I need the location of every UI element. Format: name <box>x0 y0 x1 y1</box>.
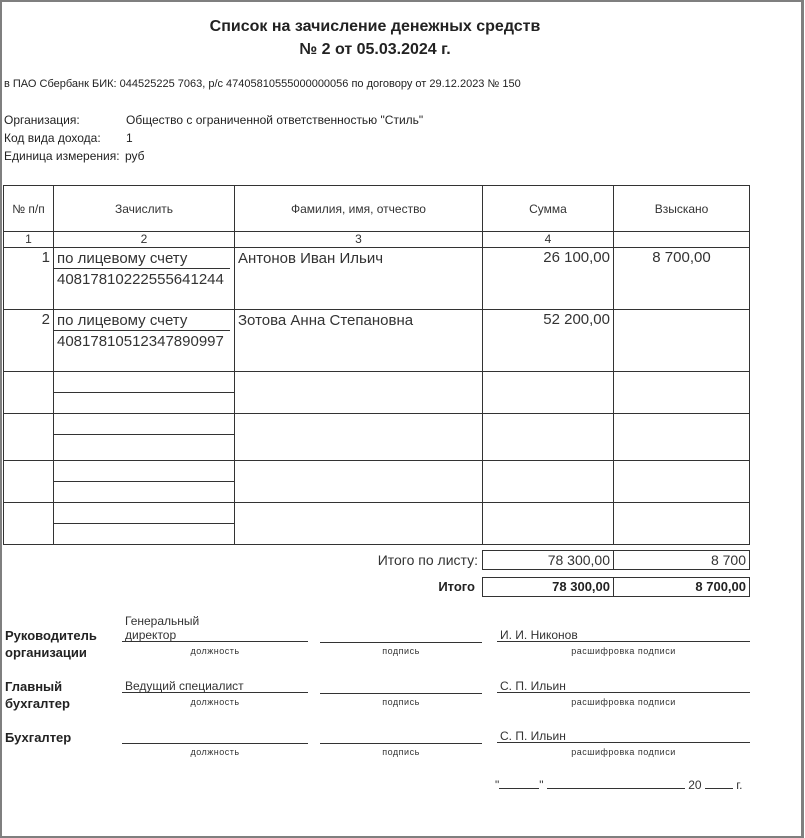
signature-field[interactable] <box>320 628 482 643</box>
column-number: 3 <box>235 232 483 248</box>
caption-decode: расшифровка подписи <box>497 646 750 656</box>
empty-cell <box>614 461 750 503</box>
page-total-sum: 78 300,00 <box>482 550 614 570</box>
header-credit: Зачислить <box>54 186 235 232</box>
position-line-1: Генеральный <box>125 614 199 628</box>
header-sum: Сумма <box>483 186 614 232</box>
role-line: организации <box>5 644 97 661</box>
role-line: бухгалтер <box>5 695 70 712</box>
year-prefix: 20 <box>688 778 701 792</box>
empty-cell <box>4 372 54 414</box>
grand-total-sum: 78 300,00 <box>482 577 614 597</box>
field-label-unit: Единица измерения: <box>4 149 120 163</box>
empty-cell <box>4 461 54 503</box>
empty-cell <box>483 414 614 461</box>
empty-credit-cell <box>54 372 235 414</box>
empty-credit-cell <box>54 414 235 461</box>
caption-position: должность <box>122 697 308 707</box>
signer-role-chief-accountant: Главный бухгалтер <box>5 678 70 712</box>
signer-role-accountant: Бухгалтер <box>5 729 71 746</box>
empty-cell <box>483 461 614 503</box>
document-title: Список на зачисление денежных средств <box>0 18 750 36</box>
empty-row <box>4 414 750 461</box>
caption-decode: расшифровка подписи <box>497 697 750 707</box>
empty-credit-cell <box>54 461 235 503</box>
empty-cell <box>4 414 54 461</box>
quote-open: " <box>495 778 499 792</box>
position-field[interactable] <box>122 729 308 744</box>
signature-decode-field[interactable]: С. П. Ильин <box>497 729 750 743</box>
withheld-cell <box>614 310 750 372</box>
table-header-row: № п/п Зачислить Фамилия, имя, отчество С… <box>4 186 750 232</box>
empty-cell <box>235 372 483 414</box>
year-field[interactable] <box>705 788 733 789</box>
table-row: 1 по лицевому счету 40817810222555641244… <box>4 248 750 310</box>
page-total-label: Итого по листу: <box>378 552 478 568</box>
day-field[interactable] <box>499 788 539 789</box>
signature-decode-field[interactable]: И. И. Никонов <box>497 628 750 642</box>
position-field[interactable]: Ведущий специалист <box>122 679 308 693</box>
caption-signature: подпись <box>320 697 482 707</box>
column-number: 1 <box>4 232 54 248</box>
field-value-income-code: 1 <box>126 131 133 145</box>
fullname-cell: Зотова Анна Степановна <box>235 310 483 372</box>
position-field[interactable]: директор <box>122 628 308 642</box>
empty-cell <box>614 414 750 461</box>
empty-cell <box>235 503 483 545</box>
grand-total-withheld: 8 700,00 <box>613 577 750 597</box>
field-label-income-code: Код вида дохода: <box>4 131 101 145</box>
sum-cell: 52 200,00 <box>483 310 614 372</box>
page-total-withheld: 8 700 <box>613 550 750 570</box>
account-number: 40817810512347890997 <box>54 330 230 371</box>
fullname-cell: Антонов Иван Ильич <box>235 248 483 310</box>
header-num: № п/п <box>4 186 54 232</box>
credit-cell: по лицевому счету 40817810512347890997 <box>54 310 235 372</box>
empty-cell <box>614 372 750 414</box>
empty-cell <box>614 503 750 545</box>
header-withheld: Взыскано <box>614 186 750 232</box>
credit-method: по лицевому счету <box>54 248 234 268</box>
date-line: "" 20 г. <box>495 778 743 792</box>
column-number: 2 <box>54 232 235 248</box>
role-line: Главный <box>5 678 70 695</box>
caption-decode: расшифровка подписи <box>497 747 750 757</box>
sum-cell: 26 100,00 <box>483 248 614 310</box>
field-value-organization: Общество с ограниченной ответственностью… <box>126 113 423 127</box>
signature-field[interactable] <box>320 679 482 694</box>
role-line: Бухгалтер <box>5 729 71 746</box>
caption-position: должность <box>122 747 308 757</box>
quote-close: " <box>539 778 543 792</box>
account-number: 40817810222555641244 <box>54 268 230 309</box>
column-number-row: 1 2 3 4 <box>4 232 750 248</box>
grand-total-label: Итого <box>438 579 475 594</box>
table-row: 2 по лицевому счету 40817810512347890997… <box>4 310 750 372</box>
caption-signature: подпись <box>320 747 482 757</box>
empty-cell <box>483 503 614 545</box>
signer-role-head: Руководитель организации <box>5 627 97 661</box>
payment-list-table: № п/п Зачислить Фамилия, имя, отчество С… <box>3 185 750 545</box>
empty-row <box>4 461 750 503</box>
empty-cell <box>4 503 54 545</box>
year-suffix: г. <box>736 778 742 792</box>
withheld-cell: 8 700,00 <box>614 248 750 310</box>
empty-cell <box>235 461 483 503</box>
credit-method: по лицевому счету <box>54 310 234 330</box>
signature-field[interactable] <box>320 729 482 744</box>
caption-signature: подпись <box>320 646 482 656</box>
empty-row <box>4 372 750 414</box>
column-number: 4 <box>483 232 614 248</box>
month-field[interactable] <box>547 788 685 789</box>
caption-position: должность <box>122 646 308 656</box>
document-number-date: № 2 от 05.03.2024 г. <box>0 41 750 59</box>
empty-credit-cell <box>54 503 235 545</box>
field-value-unit: руб <box>125 149 145 163</box>
row-number: 2 <box>4 310 54 372</box>
empty-cell <box>483 372 614 414</box>
empty-row <box>4 503 750 545</box>
row-number: 1 <box>4 248 54 310</box>
header-fullname: Фамилия, имя, отчество <box>235 186 483 232</box>
column-number <box>614 232 750 248</box>
empty-cell <box>235 414 483 461</box>
signature-decode-field[interactable]: С. П. Ильин <box>497 679 750 693</box>
field-label-organization: Организация: <box>4 113 80 127</box>
bank-details: в ПАО Сбербанк БИК: 044525225 7063, р/с … <box>4 78 521 90</box>
credit-cell: по лицевому счету 40817810222555641244 <box>54 248 235 310</box>
role-line: Руководитель <box>5 627 97 644</box>
